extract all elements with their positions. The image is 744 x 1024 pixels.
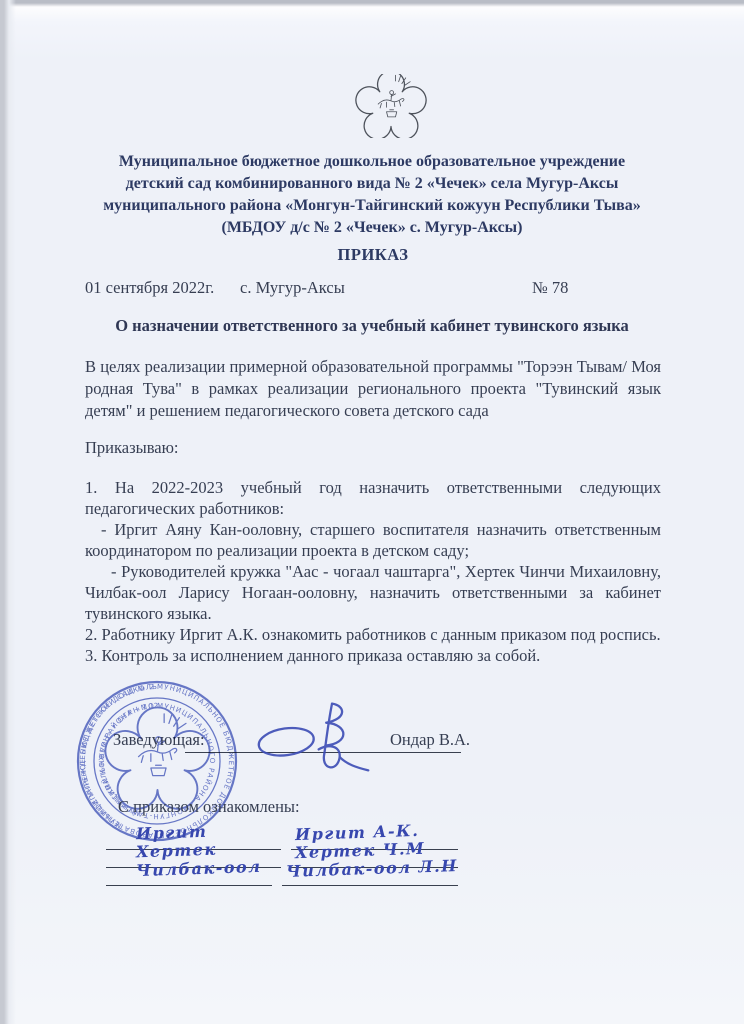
document-number: № 78 xyxy=(532,278,568,298)
header-line: детский сад комбинированного вида № 2 «Ч… xyxy=(42,173,702,195)
document-date: 01 сентября 2022г. xyxy=(85,278,214,298)
flower-emblem-logo xyxy=(354,74,428,138)
scanned-paper-sheet: Муниципальное бюджетное дошкольное образ… xyxy=(0,0,744,1024)
order-item: - Руководителей кружка "Аас - чогаал чаш… xyxy=(85,561,661,624)
header-line: (МБДОУ д/с № 2 «Чечек» с. Мугур-Аксы) xyxy=(42,217,702,239)
header-line: Муниципальное бюджетное дошкольное образ… xyxy=(42,151,702,173)
handwritten-surname: Чилбак-оол xyxy=(136,857,262,880)
order-item: 1. На 2022-2023 учебный год назначить от… xyxy=(85,477,661,519)
institution-header: Муниципальное бюджетное дошкольное образ… xyxy=(42,151,702,239)
order-items: 1. На 2022-2023 учебный год назначить от… xyxy=(85,477,661,666)
preamble-paragraph: В целях реализации примерной образовател… xyxy=(85,356,661,422)
official-round-stamp: МУНИЦИПАЛЬНОЕ БЮДЖЕТНОЕ ДОШКОЛЬНОЕ ОБРАЗ… xyxy=(72,676,242,846)
date-place-number-row: 01 сентября 2022г. с. Мугур-Аксы № 78 xyxy=(85,278,661,300)
order-item: 3. Контроль за исполнением данного прика… xyxy=(85,645,661,666)
director-name: Ондар В.А. xyxy=(390,730,470,750)
horse-rider-sun-icon xyxy=(378,75,410,117)
director-handwritten-signature xyxy=(250,694,374,780)
order-word: Приказываю: xyxy=(85,438,179,458)
header-line: муниципального района «Монгун-Тайгинский… xyxy=(42,195,702,217)
signature-cell: Чилбак-оол Л.Н xyxy=(282,868,458,886)
document-type-title: ПРИКАЗ xyxy=(85,245,661,265)
order-item: 2. Работнику Иргит А.К. ознакомить работ… xyxy=(85,624,661,645)
document-place: с. Мугур-Аксы xyxy=(240,278,345,298)
flower-outline-icon xyxy=(356,74,426,138)
order-subject: О назначении ответственного за учебный к… xyxy=(60,316,684,336)
order-item: - Иргит Аяну Кан-ооловну, старшего воспи… xyxy=(85,519,661,561)
signature-row: Чилбак-оол Чилбак-оол Л.Н xyxy=(106,868,458,886)
surname-cell: Чилбак-оол xyxy=(106,868,272,886)
acknowledgement-signatures: Иргит Иргит А-К. Хертек Хертек Ч.М Чилба… xyxy=(106,832,458,886)
acknowledgement-label: С приказом ознакомлены: xyxy=(118,797,300,817)
